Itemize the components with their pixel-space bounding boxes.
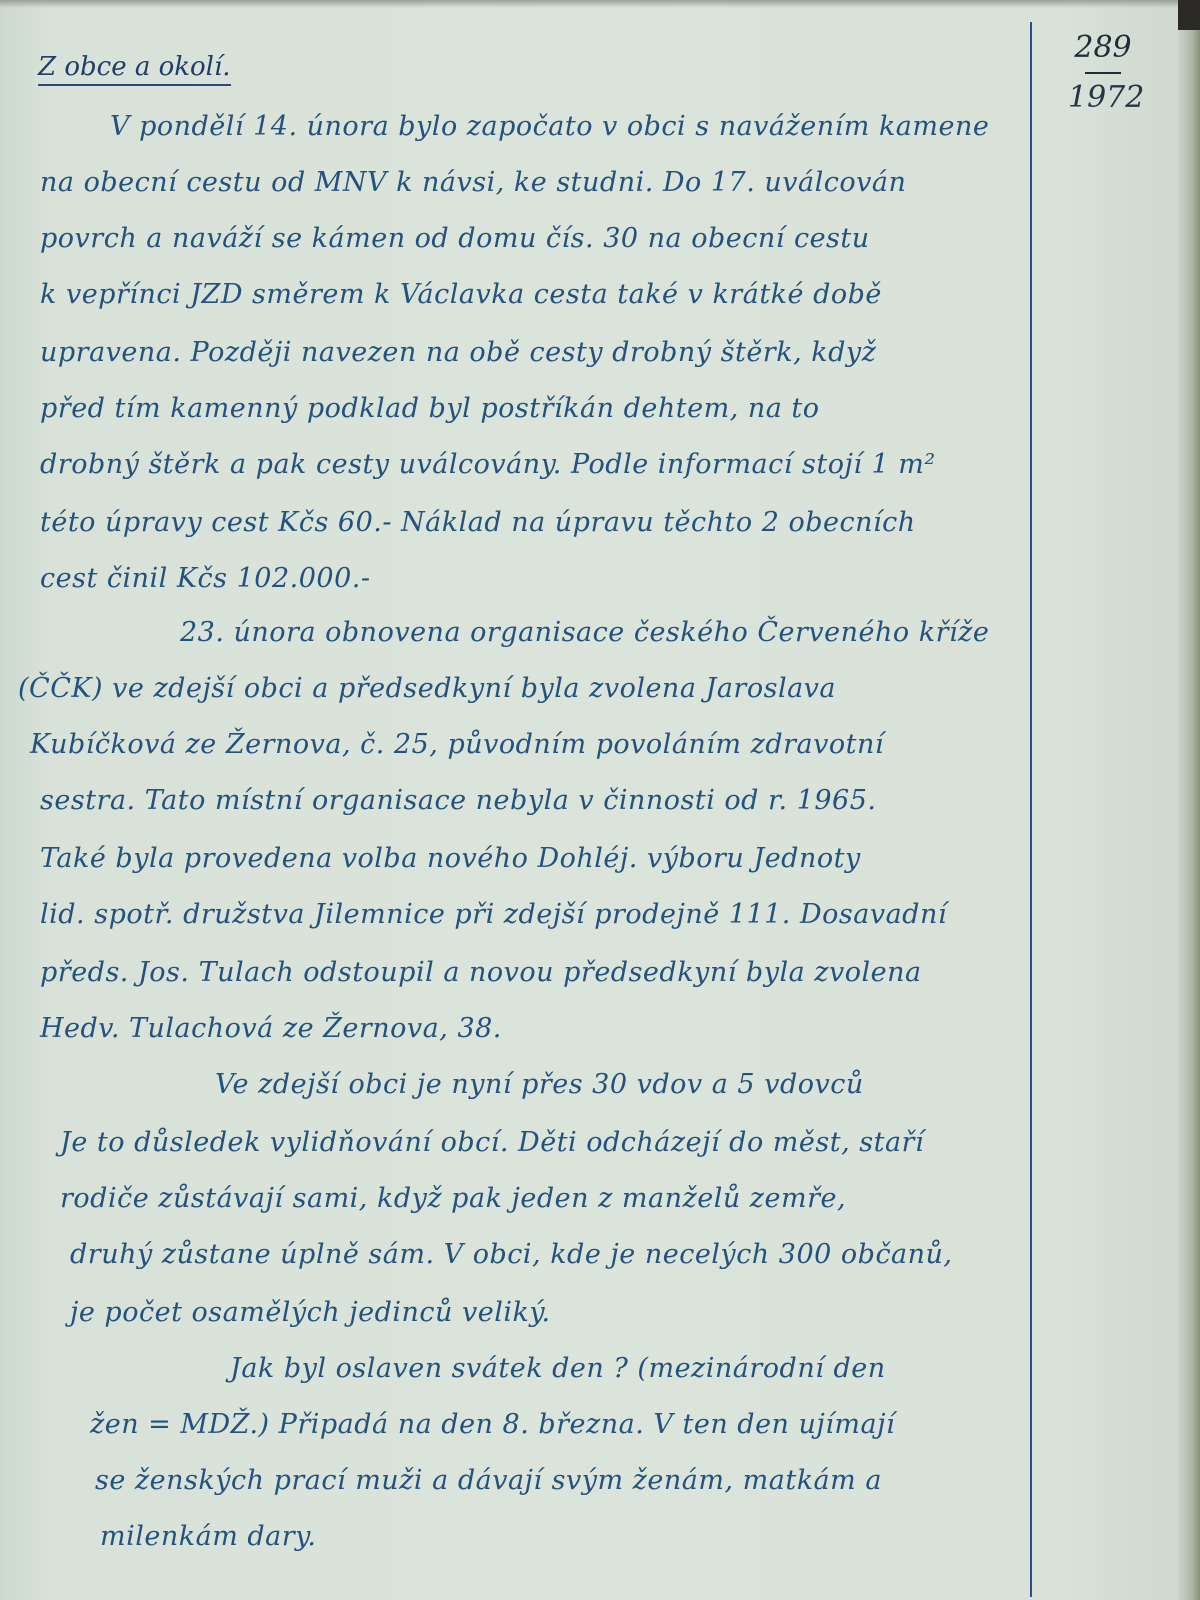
handwritten-line: Jak byl oslaven svátek den ? (mezinárodn… <box>230 1352 1200 1386</box>
handwritten-line: sestra. Tato místní organisace nebyla v … <box>40 784 1030 818</box>
handwritten-line: k vepřínci JZD směrem k Václavka cesta t… <box>40 278 1030 312</box>
handwritten-line: Je to důsledek vylidňování obcí. Děti od… <box>60 1126 1050 1160</box>
handwritten-line: Hedv. Tulachová ze Žernova, 38. <box>40 1012 1030 1046</box>
handwritten-line: druhý zůstane úplně sám. V obci, kde je … <box>70 1238 1060 1272</box>
handwritten-line: Ve zdejší obci je nyní přes 30 vdov a 5 … <box>215 1068 1200 1102</box>
notebook-page: 289 1972 Z obce a okolí. V pondělí 14. ú… <box>0 0 1178 1600</box>
handwritten-line: drobný štěrk a pak cesty uválcovány. Pod… <box>40 448 1030 482</box>
handwritten-line: (ČČK) ve zdejší obci a předsedkyní byla … <box>18 672 1008 706</box>
handwritten-line: lid. spotř. družstva Jilemnice při zdejš… <box>40 898 1030 932</box>
book-page-edge <box>1178 30 1200 1600</box>
page-number-divider <box>1085 72 1121 74</box>
page-number-block: 289 1972 <box>1068 30 1138 116</box>
handwritten-line: upravena. Později navezen na obě cesty d… <box>40 336 1030 370</box>
section-heading: Z obce a okolí. <box>38 52 231 86</box>
handwritten-line: Kubíčková ze Žernova, č. 25, původním po… <box>30 728 1020 762</box>
handwritten-line: na obecní cestu od MNV k návsi, ke studn… <box>40 166 1030 200</box>
handwritten-line: cest činil Kčs 102.000.- <box>40 562 1030 596</box>
handwritten-line: milenkám dary. <box>100 1520 1090 1554</box>
handwritten-line: 23. února obnovena organisace českého Če… <box>180 616 1170 650</box>
handwritten-line: před tím kamenný podklad byl postříkán d… <box>40 392 1030 426</box>
handwritten-line: rodiče zůstávají sami, když pak jeden z … <box>60 1182 1050 1216</box>
handwritten-line: povrch a naváží se kámen od domu čís. 30… <box>40 222 1030 256</box>
page-number: 289 <box>1074 30 1131 65</box>
handwritten-line: předs. Jos. Tulach odstoupil a novou pře… <box>40 956 1030 990</box>
handwritten-line: V pondělí 14. února bylo započato v obci… <box>110 110 1100 144</box>
handwritten-line: se ženských prací muži a dávají svým žen… <box>95 1464 1085 1498</box>
page-top-shadow <box>0 0 1178 8</box>
handwritten-line: Také byla provedena volba nového Dohléj.… <box>40 842 1030 876</box>
handwritten-line: žen = MDŽ.) Připadá na den 8. března. V … <box>90 1408 1080 1442</box>
handwritten-line: této úpravy cest Kčs 60.- Náklad na úpra… <box>40 506 1030 540</box>
handwritten-line: je počet osamělých jedinců veliký. <box>70 1296 1060 1330</box>
